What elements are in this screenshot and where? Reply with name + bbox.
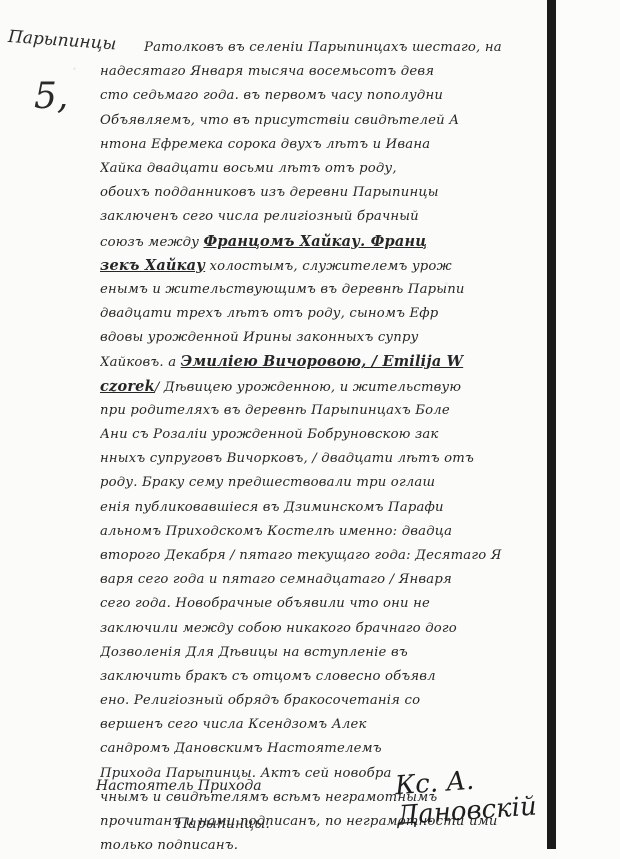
line-text: енымъ и жительствующимъ въ деревнѣ Парып…: [100, 282, 465, 297]
record-line: енія публиковавшіеся въ Дзиминскомъ Пара…: [100, 496, 546, 520]
record-line: Ратолковъ въ селеніи Парыпинцахъ шестаго…: [100, 36, 546, 60]
line-text-after: холостымъ, служителемъ урож: [205, 259, 452, 274]
line-text: сандромъ Дановскимъ Настоятелемъ: [100, 741, 382, 756]
underlined-name: зекъ Хайкау: [100, 257, 205, 274]
record-line: сто седьмаго года. въ первомъ часу попол…: [100, 84, 546, 108]
record-line: заключили между собою никакого брачнаго …: [100, 617, 546, 641]
line-text: двадцати трехъ лѣтъ отъ роду, сыномъ Ефр: [100, 306, 438, 321]
record-line: при родителяхъ въ деревнѣ Парыпинцахъ Бо…: [100, 399, 546, 423]
line-text: обоихъ подданниковъ изъ деревни Парыпинц…: [100, 185, 439, 200]
record-line: сего года. Новобрачные объявили что они …: [100, 592, 546, 616]
line-text: заключили между собою никакого брачнаго …: [100, 621, 457, 636]
record-line: Объявляемъ, что въ присутствіи свидѣтеле…: [100, 109, 546, 133]
record-line: надесятаго Января тысяча восемьсотъ девя: [100, 60, 546, 84]
line-text-after: / Дѣвицею урожденною, и жительствую: [155, 380, 461, 395]
priest-signature: Кс. А. Дановскій: [394, 761, 548, 831]
line-text: вершенъ сего числа Ксендзомъ Алек: [100, 717, 367, 732]
record-line: варя сего года и пятаго семнадцатаго / Я…: [100, 568, 546, 592]
line-text: при родителяхъ въ деревнѣ Парыпинцахъ Бо…: [100, 403, 450, 418]
line-text: надесятаго Января тысяча восемьсотъ девя: [100, 64, 434, 79]
line-text: нныхъ супруговъ Вичорковъ, / двадцати лѣ…: [100, 451, 474, 466]
record-line: Хайковъ. а Эмиліею Вичоровою, / Emilija …: [100, 350, 546, 374]
line-text: заключенъ сего числа религіозный брачный: [100, 209, 419, 224]
underlined-name: czorek: [100, 378, 155, 395]
record-line: Ани съ Розаліи урожденной Бобруновскою з…: [100, 423, 546, 447]
line-text: Объявляемъ, что въ присутствіи свидѣтеле…: [100, 113, 459, 128]
line-text: Дозволенія Для Дѣвицы на вступленіе въ: [100, 645, 408, 660]
line-text: альномъ Приходскомъ Костелѣ именно: двад…: [100, 524, 452, 539]
record-line: ено. Религіозный обрядъ бракосочетанія с…: [100, 689, 546, 713]
line-text: варя сего года и пятаго семнадцатаго / Я…: [100, 572, 452, 587]
line-text: Ани съ Розаліи урожденной Бобруновскою з…: [100, 427, 438, 442]
record-line: заключенъ сего числа религіозный брачный: [100, 205, 546, 229]
entry-number: 5,: [34, 76, 68, 117]
line-text: Хайка двадцати восьми лѣтъ отъ роду,: [100, 161, 397, 176]
record-line: двадцати трехъ лѣтъ отъ роду, сыномъ Ефр: [100, 302, 546, 326]
record-line: союзъ между Францомъ Хайкау. Франц: [100, 230, 546, 254]
line-text: енія публиковавшіеся въ Дзиминскомъ Пара…: [100, 500, 444, 515]
line-text: Хайковъ. а: [100, 355, 181, 370]
record-line: czorek/ Дѣвицею урожденною, и жительству…: [100, 375, 546, 399]
signature-caption-2: Парыпинцы.: [176, 816, 270, 832]
underlined-name: Францомъ Хайкау. Франц: [203, 233, 427, 250]
record-line: нныхъ супруговъ Вичорковъ, / двадцати лѣ…: [100, 447, 546, 471]
line-text: сто седьмаго года. въ первомъ часу попол…: [100, 88, 443, 103]
record-body: Ратолковъ въ селеніи Парыпинцахъ шестаго…: [100, 36, 546, 858]
record-line: второго Декабря / пятаго текущаго года: …: [100, 544, 546, 568]
line-text: вдовы урожденной Ирины законныхъ супру: [100, 330, 418, 345]
record-line: вдовы урожденной Ирины законныхъ супру: [100, 326, 546, 350]
record-line: только подписанъ.: [100, 834, 546, 858]
line-text: нтона Ефремека сорока двухъ лѣтъ и Ивана: [100, 137, 430, 152]
line-text: роду. Браку сему предшествовали три огла…: [100, 475, 435, 490]
record-line: Дозволенія Для Дѣвицы на вступленіе въ: [100, 641, 546, 665]
line-text: ено. Религіозный обрядъ бракосочетанія с…: [100, 693, 420, 708]
record-line: обоихъ подданниковъ изъ деревни Парыпинц…: [100, 181, 546, 205]
record-line: енымъ и жительствующимъ въ деревнѣ Парып…: [100, 278, 546, 302]
line-text: сего года. Новобрачные объявили что они …: [100, 596, 430, 611]
margin-note-parish: Парыпинцы: [7, 27, 98, 53]
record-line: зекъ Хайкау холостымъ, служителемъ урож: [100, 254, 546, 278]
line-text: только подписанъ.: [100, 838, 238, 853]
line-text: заключить бракъ съ отцомъ словесно объяв…: [100, 669, 436, 684]
line-text: Ратолковъ въ селеніи Парыпинцахъ шестаго…: [144, 40, 502, 55]
underlined-name: Эмиліею Вичоровою, / Emilija W: [181, 353, 463, 370]
line-text: союзъ между: [100, 235, 203, 250]
signature-caption-1: Настоятель Прихода: [96, 778, 262, 794]
line-text: второго Декабря / пятаго текущаго года: …: [100, 548, 502, 563]
record-line: роду. Браку сему предшествовали три огла…: [100, 471, 546, 495]
record-line: нтона Ефремека сорока двухъ лѣтъ и Ивана: [100, 133, 546, 157]
record-line: Хайка двадцати восьми лѣтъ отъ роду,: [100, 157, 546, 181]
record-line: заключить бракъ съ отцомъ словесно объяв…: [100, 665, 546, 689]
right-blank-margin: [556, 0, 620, 859]
document-page: Парыпинцы 5, Ратолковъ въ селеніи Парыпи…: [0, 0, 620, 859]
record-line: вершенъ сего числа Ксендзомъ Алек: [100, 713, 546, 737]
record-line: альномъ Приходскомъ Костелѣ именно: двад…: [100, 520, 546, 544]
record-line: сандромъ Дановскимъ Настоятелемъ: [100, 737, 546, 761]
binding-edge-bar: [547, 0, 556, 849]
